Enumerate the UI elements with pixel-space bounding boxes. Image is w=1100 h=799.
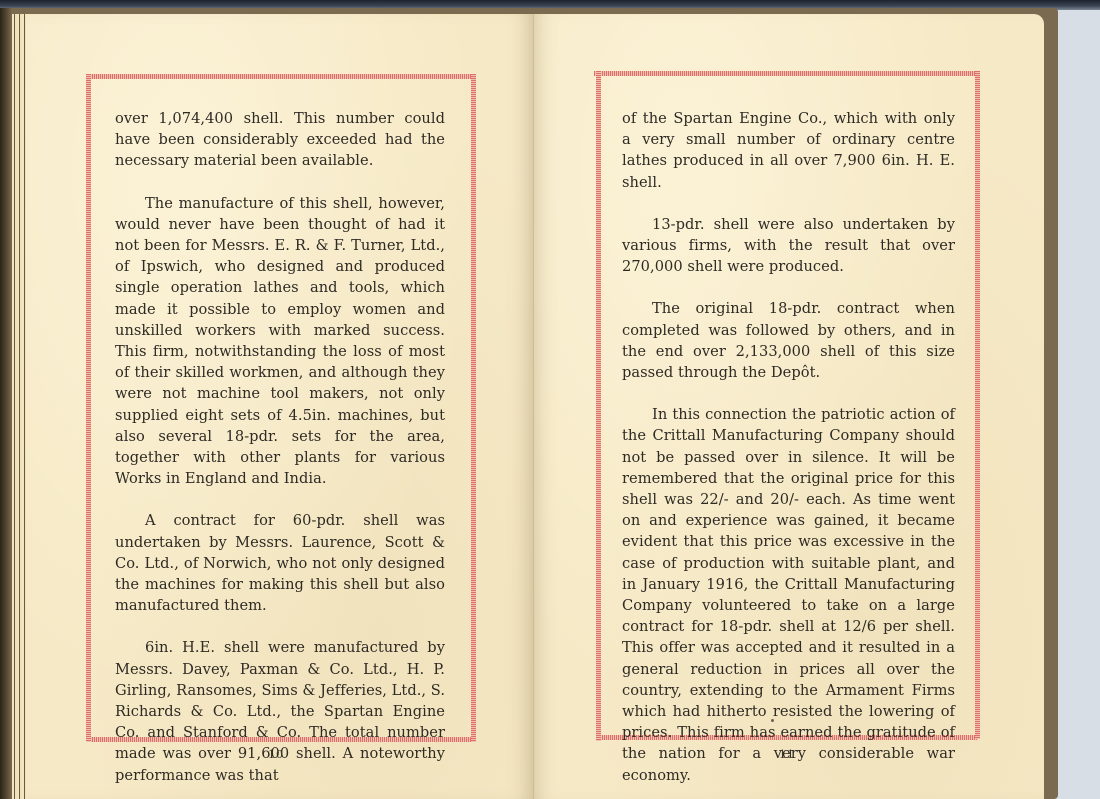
right-frame-top bbox=[594, 71, 980, 76]
right-frame-right bbox=[975, 71, 980, 739]
paragraph: The manufacture of this shell, however, … bbox=[115, 193, 445, 490]
right-frame-left bbox=[596, 71, 601, 741]
page-number-right: 11 bbox=[779, 748, 795, 761]
cover-spine-edge bbox=[0, 8, 12, 799]
paragraph: over 1,074,400 shell. This number could … bbox=[115, 108, 445, 172]
paragraph: The original 18-pdr. contract when compl… bbox=[622, 298, 955, 383]
left-page-body: over 1,074,400 shell. This number could … bbox=[115, 108, 445, 786]
paragraph: In this connection the patriotic action … bbox=[622, 404, 955, 786]
page-number-left: 10 bbox=[268, 748, 284, 761]
paragraph: 6in. H.E. shell were manufactured by Mes… bbox=[115, 637, 445, 785]
printing-speck bbox=[771, 719, 774, 722]
left-frame-top bbox=[86, 74, 476, 79]
right-page-body: of the Spartan Engine Co., which with on… bbox=[622, 108, 955, 786]
paragraph: 13-pdr. shell were also undertaken by va… bbox=[622, 214, 955, 278]
left-frame-right bbox=[471, 74, 476, 742]
left-frame-left bbox=[86, 74, 91, 742]
scanned-book-spread: over 1,074,400 shell. This number could … bbox=[0, 0, 1100, 799]
paragraph: of the Spartan Engine Co., which with on… bbox=[622, 108, 955, 193]
page-edges bbox=[12, 14, 26, 799]
paragraph: A contract for 60-pdr. shell was underta… bbox=[115, 510, 445, 616]
